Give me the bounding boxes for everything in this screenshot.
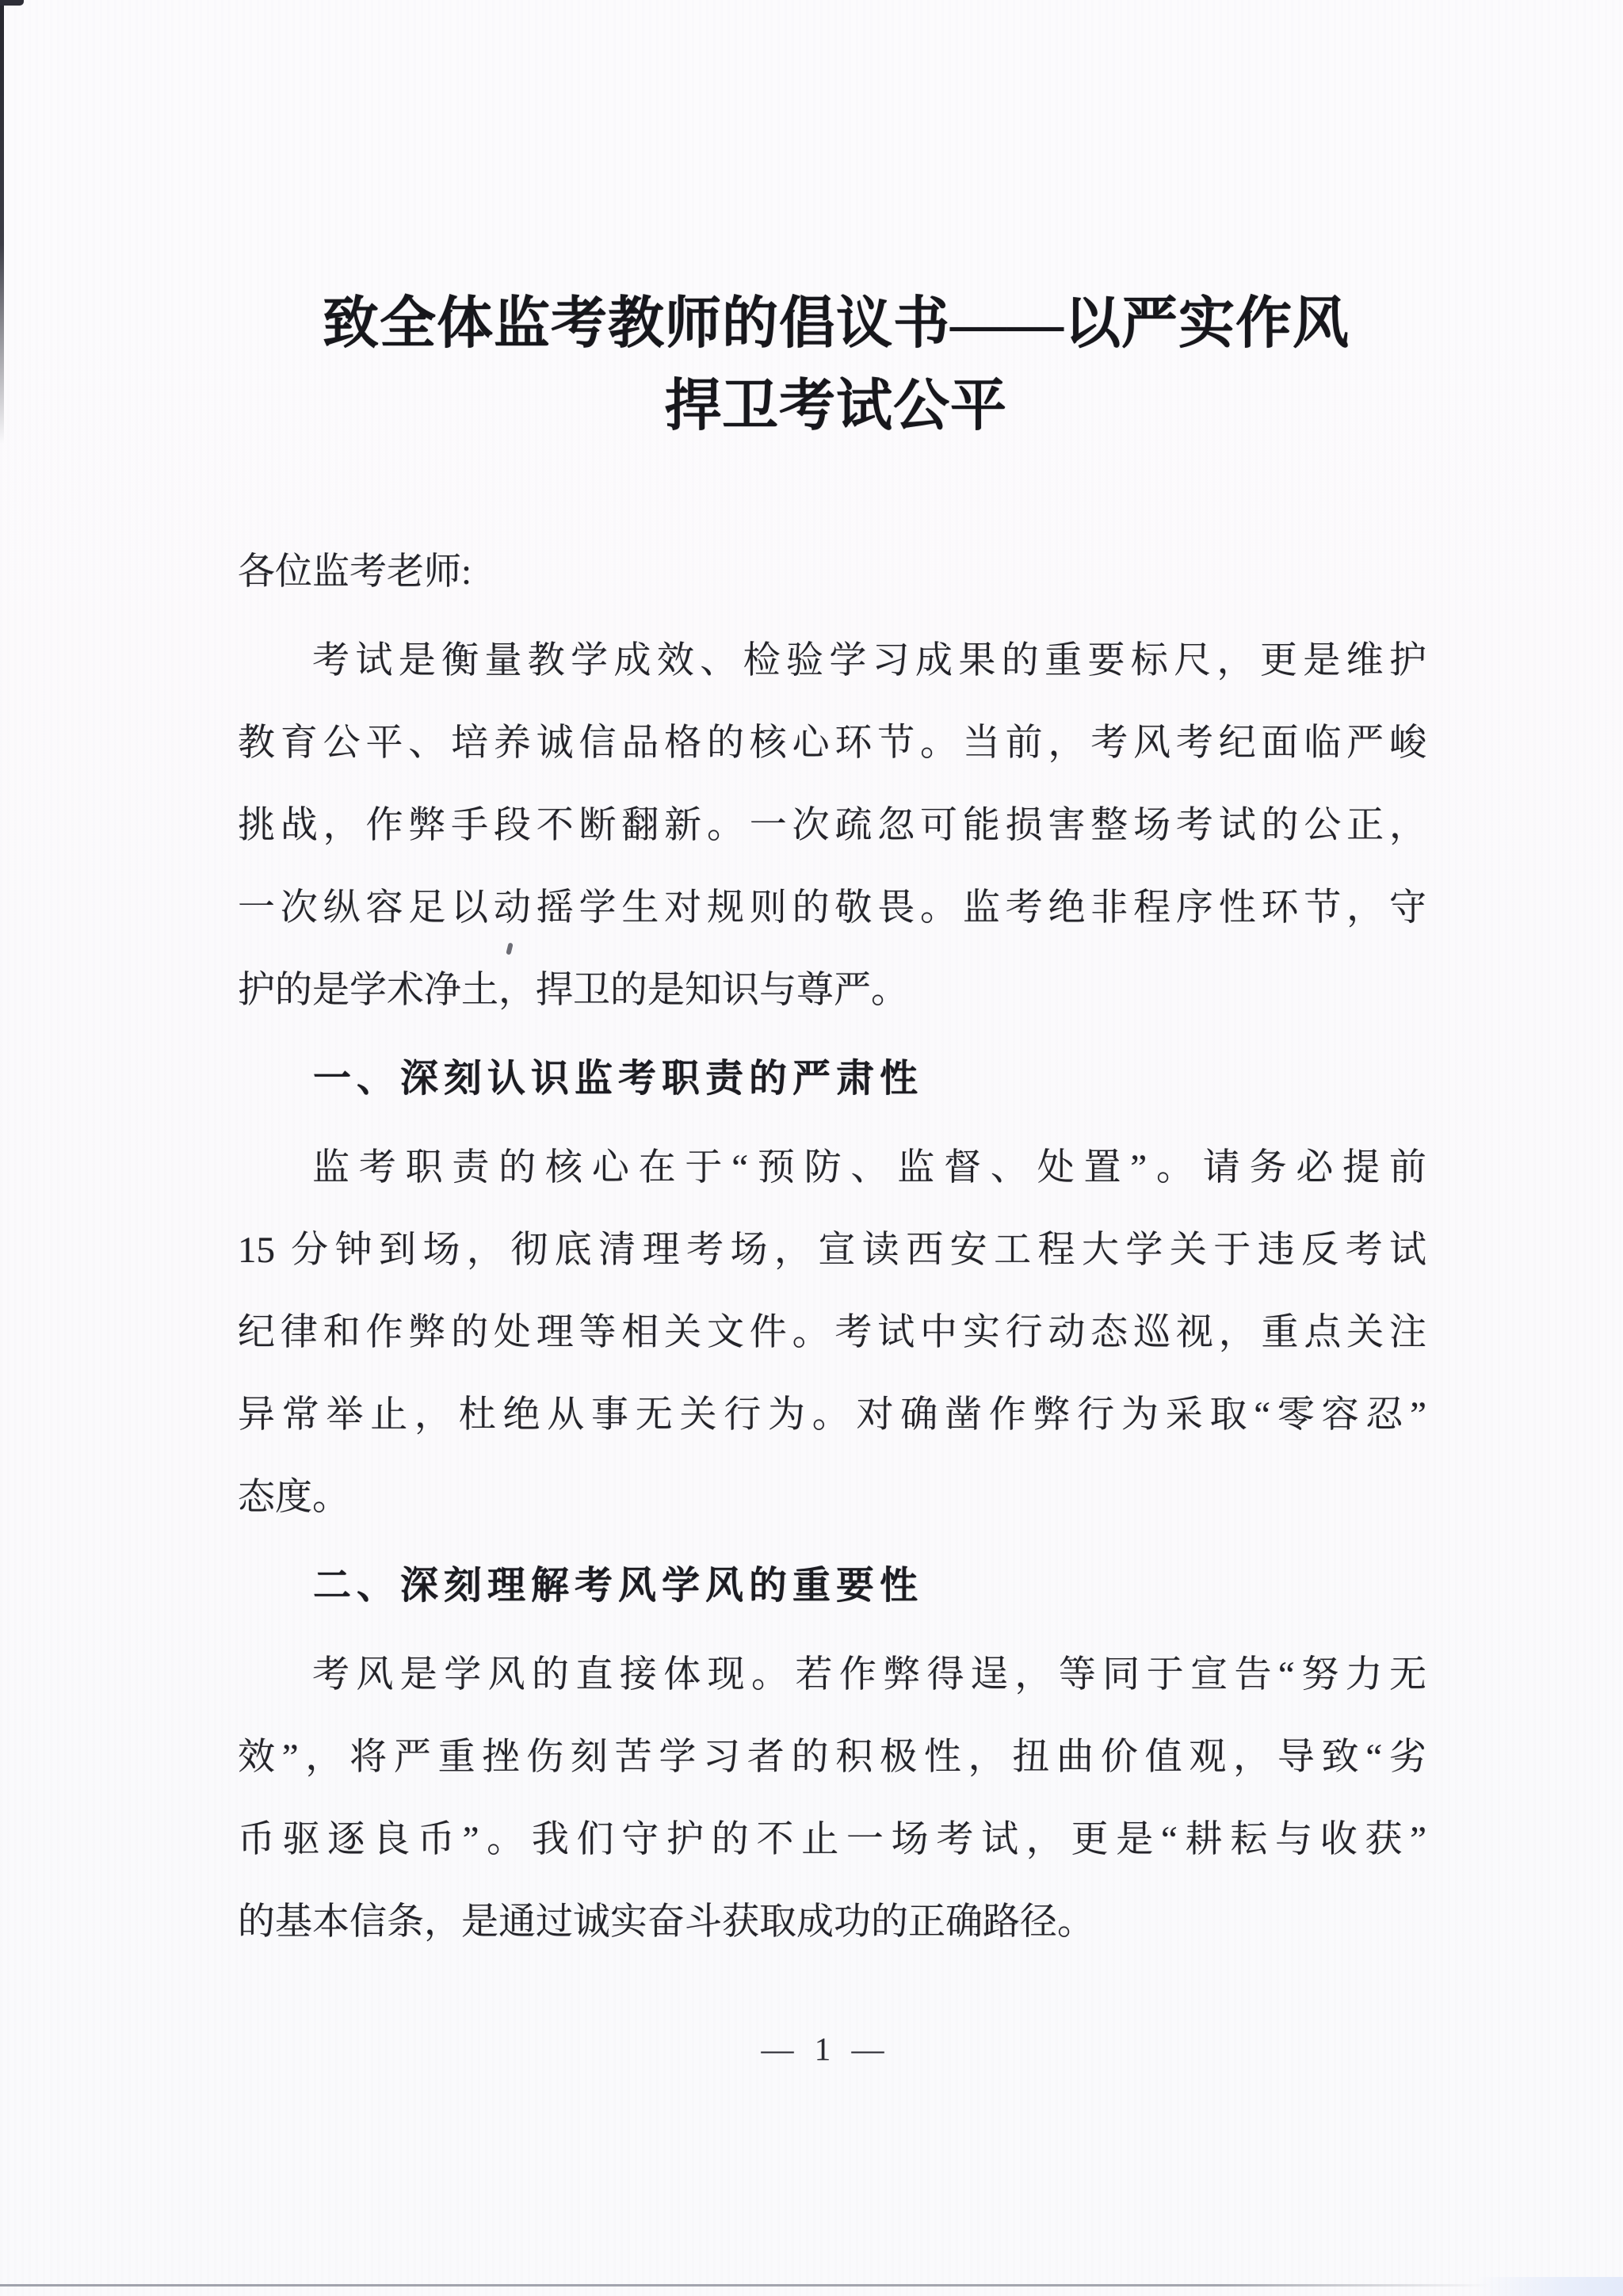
paragraph: 监考职责的核心在于“预防、监督、处置”。请务必提前15 分钟到场，彻底清理考场，… xyxy=(238,1127,1426,1539)
scan-bottom-right-patch xyxy=(1476,2277,1623,2296)
text-line: 态度。 xyxy=(238,1456,1426,1539)
text-line: 教育公平、培养诚信品格的核心环节。当前，考风考纪面临严峻 xyxy=(238,702,1426,784)
document-title: 致全体监考教师的倡议书——以严实作风 捍卫考试公平 xyxy=(25,283,1623,448)
text-line: 考风是学风的直接体现。若作弊得逞，等同于宣告“努力无 xyxy=(238,1634,1426,1716)
document-title-line-2: 捍卫考试公平 xyxy=(25,365,1623,448)
scan-left-edge-artifact xyxy=(0,0,4,444)
text-line: 监考职责的核心在于“预防、监督、处置”。请务必提前 xyxy=(238,1127,1426,1209)
text-line: 15 分钟到场，彻底清理考场，宣读西安工程大学关于违反考试 xyxy=(238,1209,1426,1291)
page-number: — 1 — xyxy=(14,2025,1623,2073)
scan-bottom-edge-line xyxy=(0,2284,1490,2286)
text-line: 考试是衡量教学成效、检验学习成果的重要标尺，更是维护 xyxy=(238,620,1426,702)
text-line: 异常举止，杜绝从事无关行为。对确凿作弊行为采取“零容忍” xyxy=(238,1374,1426,1456)
text-line: 纪律和作弊的处理等相关文件。考试中实行动态巡视，重点关注 xyxy=(238,1291,1426,1374)
section-heading: 一、深刻认识监考职责的严肃性 xyxy=(238,1038,1426,1120)
paragraph: 考风是学风的直接体现。若作弊得逞，等同于宣告“努力无效”，将严重挫伤刻苦学习者的… xyxy=(238,1634,1426,1963)
scan-corner-mark xyxy=(0,0,24,6)
text-line: 的基本信条，是通过诚实奋斗获取成功的正确路径。 xyxy=(238,1881,1426,1963)
salutation: 各位监考老师: xyxy=(238,531,1426,613)
document-title-line-1: 致全体监考教师的倡议书——以严实作风 xyxy=(25,283,1623,365)
scanned-document-page: 致全体监考教师的倡议书——以严实作风 捍卫考试公平 各位监考老师: 考试是衡量教… xyxy=(0,0,1623,2296)
text-line: 挑战，作弊手段不断翻新。一次疏忽可能损害整场考试的公正， xyxy=(238,784,1426,867)
text-line: 一次纵容足以动摇学生对规则的敬畏。监考绝非程序性环节，守 xyxy=(238,867,1426,949)
text-line: 护的是学术净土，捍卫的是知识与尊严。 xyxy=(238,949,1426,1032)
document-body: 各位监考老师: 考试是衡量教学成效、检验学习成果的重要标尺，更是维护教育公平、培… xyxy=(238,531,1426,1963)
paragraph: 考试是衡量教学成效、检验学习成果的重要标尺，更是维护教育公平、培养诚信品格的核心… xyxy=(238,620,1426,1032)
text-line: 效”，将严重挫伤刻苦学习者的积极性，扭曲价值观，导致“劣 xyxy=(238,1716,1426,1798)
section-heading: 二、深刻理解考风学风的重要性 xyxy=(238,1545,1426,1627)
text-line: 币驱逐良币”。我们守护的不止一场考试，更是“耕耘与收获” xyxy=(238,1798,1426,1881)
